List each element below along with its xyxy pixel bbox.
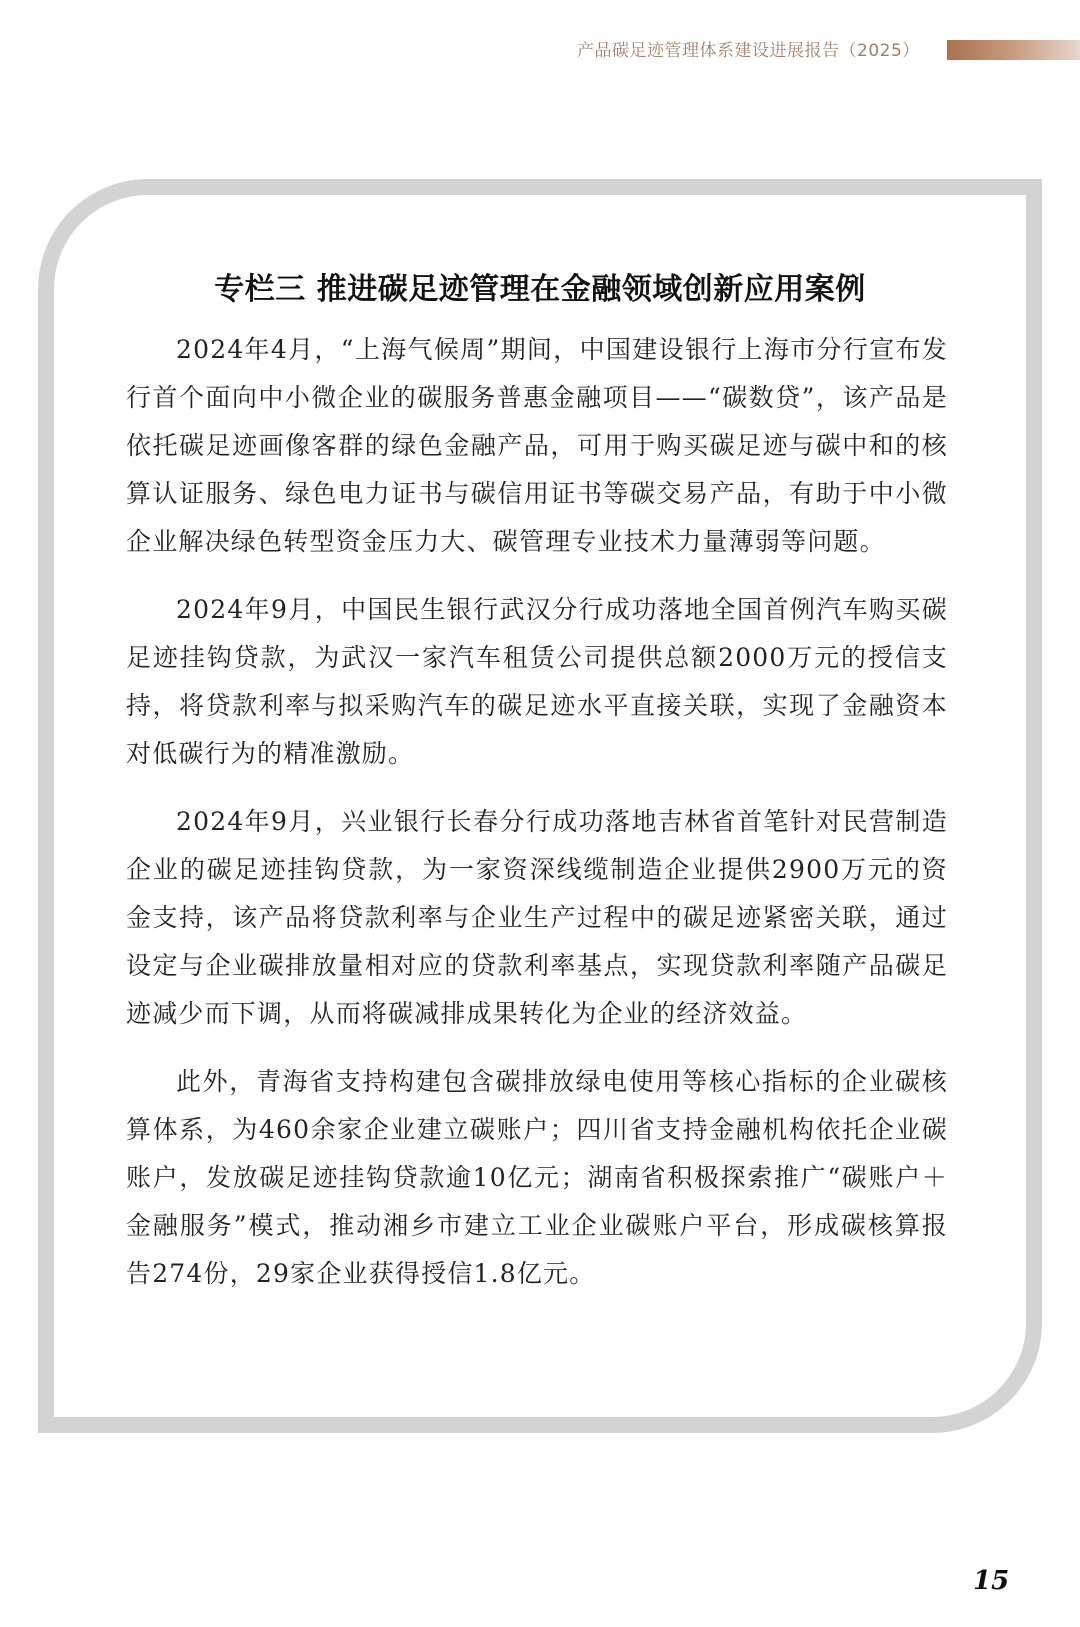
paragraph-minsheng-wuhan: 2024年9月，中国民生银行武汉分行成功落地全国首例汽车购买碳足迹挂钩贷款，为武… bbox=[126, 586, 948, 778]
box-content: 2024年4月，“上海气候周”期间，中国建设银行上海市分行宣布发行首个面向中小微… bbox=[126, 326, 948, 1318]
page-number: 15 bbox=[973, 1566, 1009, 1596]
report-header-title: 产品碳足迹管理体系建设进展报告（2025） bbox=[577, 36, 920, 61]
paragraph-provinces: 此外，青海省支持构建包含碳排放绿电使用等核心指标的企业碳核算体系，为460余家企… bbox=[126, 1058, 948, 1298]
paragraph-cib-changchun: 2024年9月，兴业银行长春分行成功落地吉林省首笔针对民营制造企业的碳足迹挂钩贷… bbox=[126, 798, 948, 1038]
box-title: 专栏三 推进碳足迹管理在金融领域创新应用案例 bbox=[0, 264, 1080, 308]
paragraph-ccb-shanghai: 2024年4月，“上海气候周”期间，中国建设银行上海市分行宣布发行首个面向中小微… bbox=[126, 326, 948, 566]
header-accent-bar bbox=[947, 40, 1080, 60]
